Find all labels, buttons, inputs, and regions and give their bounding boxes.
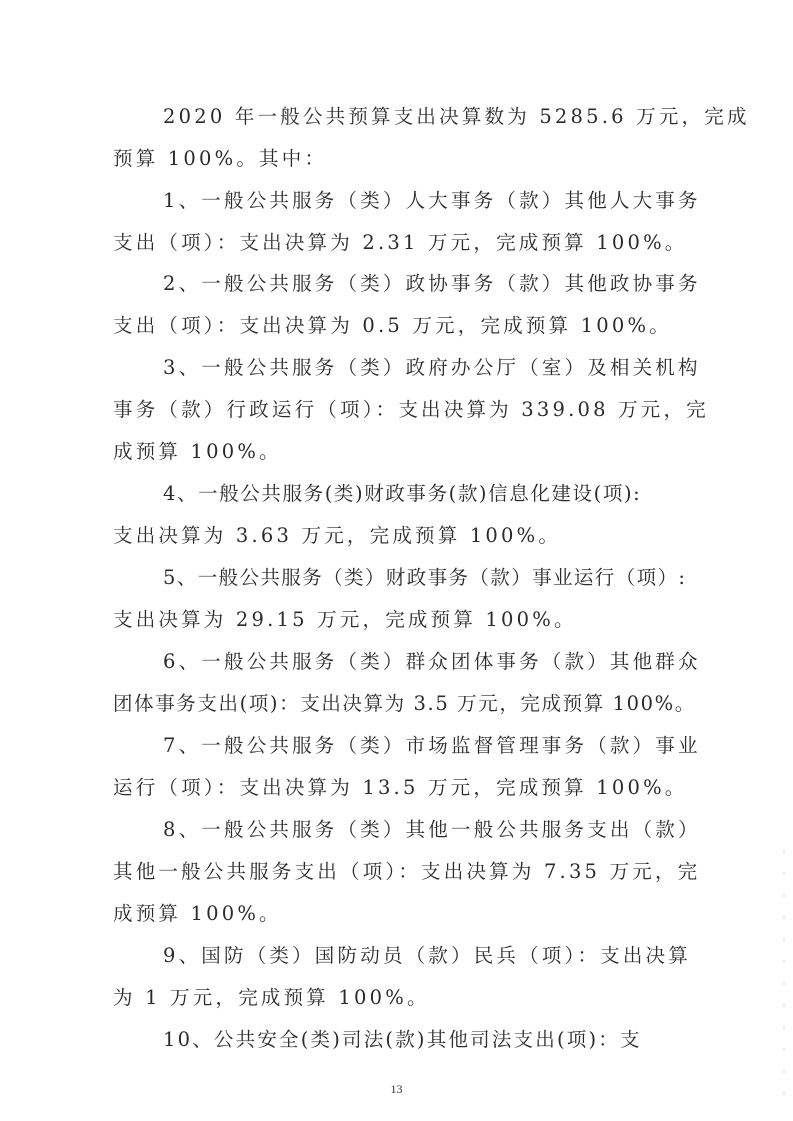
item-4-line-2: 支出决算为 3.63 万元，完成预算 100%。 (113, 523, 561, 549)
document-page: 2020 年一般公共预算支出决算数为 5285.6 万元，完成 预算 100%。… (0, 0, 793, 1121)
item-3-line-1: 3、一般公共服务（类）政府办公厅（室）及相关机构 (163, 355, 701, 381)
item-6-line-2: 团体事务支出(项)：支出决算为 3.5 万元，完成预算 100%。 (113, 691, 696, 717)
item-1-line-1: 1、一般公共服务（类）人大事务（款）其他人大事务 (163, 188, 701, 214)
item-10-line-1: 10、公共安全(类)司法(款)其他司法支出(项)：支 (163, 1027, 642, 1053)
item-5-line-1: 5、一般公共服务（类）财政事务（款）事业运行（项）: (163, 565, 686, 591)
item-6-line-1: 6、一般公共服务（类）群众团体事务（款）其他群众 (163, 649, 701, 675)
item-4-line-1: 4、一般公共服务(类)财政事务(款)信息化建设(项): (163, 481, 641, 507)
item-2-line-1: 2、一般公共服务（类）政协事务（款）其他政协事务 (163, 271, 701, 297)
item-2-line-2: 支出（项）：支出决算为 0.5 万元，完成预算 100%。 (113, 313, 672, 339)
item-8-line-1: 8、一般公共服务（类）其他一般公共服务支出（款） (163, 817, 701, 843)
item-7-line-2: 运行（项）：支出决算为 13.5 万元，完成预算 100%。 (113, 775, 688, 801)
scan-edge-artifact (783, 850, 785, 1110)
item-7-line-1: 7、一般公共服务（类）市场监督管理事务（款）事业 (163, 733, 701, 759)
item-9-line-2: 为 1 万元，完成预算 100%。 (113, 985, 430, 1011)
item-8-line-2: 其他一般公共服务支出（项）：支出决算为 7.35 万元，完 (113, 859, 700, 885)
item-5-line-2: 支出决算为 29.15 万元，完成预算 100%。 (113, 607, 577, 633)
page-number: 13 (0, 1082, 793, 1097)
intro-line-2: 预算 100%。其中： (113, 146, 327, 172)
item-1-line-2: 支出（项）：支出决算为 2.31 万元，完成预算 100%。 (113, 230, 688, 256)
item-3-line-2: 事务（款）行政运行（项）：支出决算为 339.08 万元，完 (113, 397, 709, 423)
intro-line-1: 2020 年一般公共预算支出决算数为 5285.6 万元，完成 (163, 104, 750, 130)
item-8-line-3: 成预算 100%。 (113, 901, 282, 927)
item-3-line-3: 成预算 100%。 (113, 439, 282, 465)
item-9-line-1: 9、国防（类）国防动员（款）民兵（项）：支出决算 (163, 943, 691, 969)
